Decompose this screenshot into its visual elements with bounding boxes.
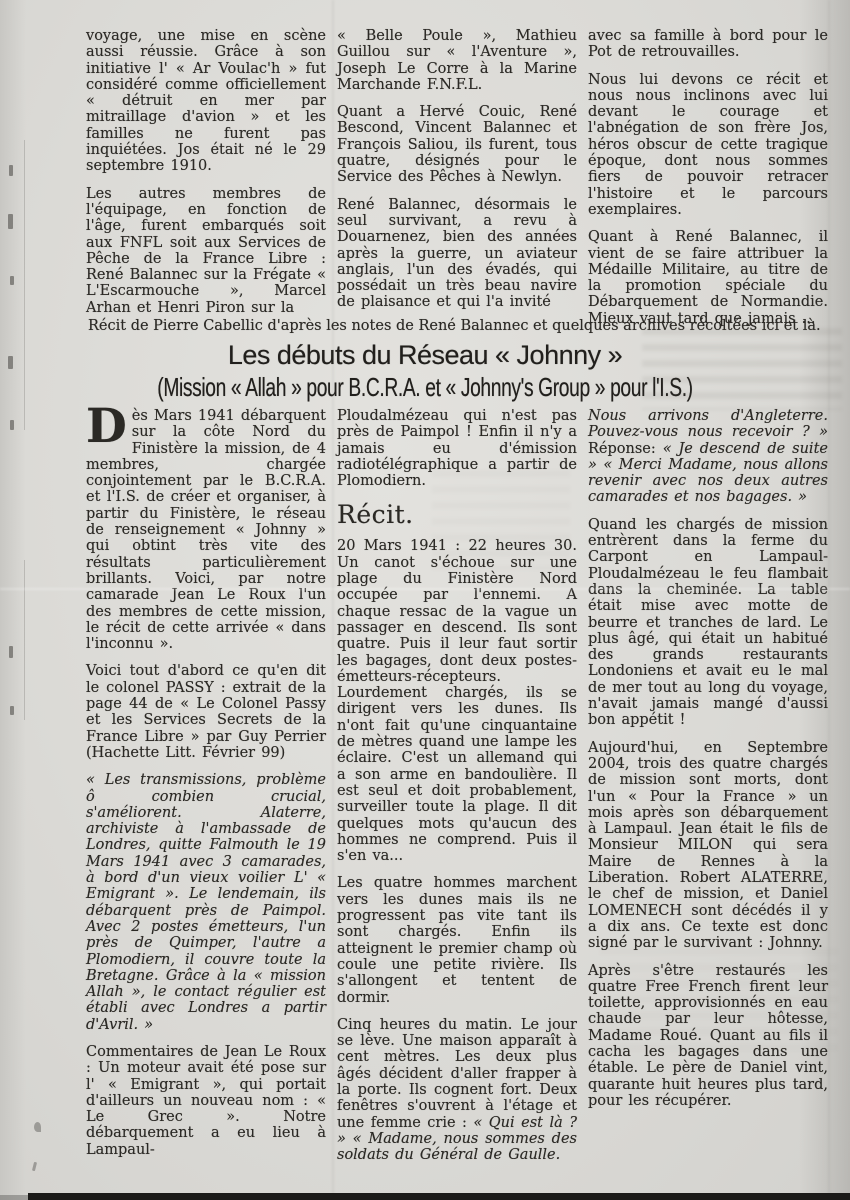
body-text: Les autres membres de l'équipage, en fon…	[86, 186, 326, 316]
paragraph: Nous arrivons d'Angleterre. Pouvez-vous …	[588, 408, 828, 506]
paragraph: « Les transmissions, problème ô combien …	[86, 772, 326, 1033]
article-column-3: Nous arrivons d'Angleterre. Pouvez-vous …	[588, 408, 828, 1174]
scan-edge-line	[24, 560, 25, 720]
main-article-columns: Dès Mars 1941 débarquent sur la côte Nor…	[86, 408, 828, 1174]
body-text: Quant à René Balannec, il vient de se fa…	[588, 229, 828, 326]
scanned-newsletter-page: voyage, une mise en scène aussi réussie.…	[0, 0, 850, 1200]
body-text: René Balannec, désormais le seul surviva…	[337, 197, 577, 311]
body-text: Voici tout d'abord ce qu'en dit le colon…	[86, 663, 326, 760]
scan-artifact	[8, 214, 13, 229]
article-title: Les débuts du Réseau « Johnny »	[54, 340, 796, 371]
paragraph: Les autres membres de l'équipage, en fon…	[86, 186, 326, 316]
body-text: Cinq heures du matin. Le jour se lève. U…	[337, 1017, 577, 1131]
paragraph: Quant a Hervé Couic, René Bescond, Vince…	[337, 104, 577, 185]
body-text: avec sa famille à bord pour le Pot de re…	[588, 28, 828, 60]
quoted-italic-text: « Les transmissions, problème ô combien …	[86, 772, 326, 1032]
dropcap-letter: D	[86, 408, 132, 444]
scan-artifact	[10, 420, 14, 430]
scan-artifact	[8, 356, 13, 369]
paragraph: voyage, une mise en scène aussi réussie.…	[86, 28, 326, 175]
body-text: Quant a Hervé Couic, René Bescond, Vince…	[337, 104, 577, 185]
scan-artifact	[9, 646, 13, 658]
paragraph: Voici tout d'abord ce qu'en dit le colon…	[86, 663, 326, 761]
paragraph: Dès Mars 1941 débarquent sur la côte Nor…	[86, 408, 326, 652]
body-text: voyage, une mise en scène aussi réussie.…	[86, 28, 326, 174]
scan-artifact	[32, 1162, 37, 1171]
paragraph: Quant à René Balannec, il vient de se fa…	[588, 229, 828, 327]
paragraph: Les quatre hommes marchent vers les dune…	[337, 875, 577, 1005]
article-headline: Les débuts du Réseau « Johnny » (Mission…	[54, 340, 796, 403]
body-text: Nous lui devons ce récit et nous nous in…	[588, 72, 828, 218]
body-text: Les quatre hommes marchent vers les dune…	[337, 875, 577, 1005]
paragraph: Commentaires de Jean Le Roux : Un moteur…	[86, 1044, 326, 1158]
paragraph: Ploudalmézeau qui n'est pas près de Paim…	[337, 408, 577, 489]
top-article-columns: voyage, une mise en scène aussi réussie.…	[86, 28, 828, 338]
scan-artifact	[10, 276, 14, 285]
body-text: Commentaires de Jean Le Roux : Un moteur…	[86, 1044, 326, 1158]
paragraph: Nous lui devons ce récit et nous nous in…	[588, 72, 828, 219]
paragraph: René Balannec, désormais le seul surviva…	[337, 197, 577, 311]
paper-crease	[332, 0, 334, 1200]
article-column-1: Dès Mars 1941 débarquent sur la côte Nor…	[86, 408, 326, 1174]
body-text: Après s'être restaurés les quatre Free F…	[588, 963, 828, 1109]
paper-crease	[828, 0, 830, 1200]
page-bottom-scan-bar	[28, 1193, 850, 1200]
body-text: Réponse:	[588, 441, 663, 457]
body-text: Ploudalmézeau qui n'est pas près de Paim…	[337, 408, 577, 489]
top-column-3: avec sa famille à bord pour le Pot de re…	[588, 28, 828, 338]
body-text: Aujourd'hui, en Septembre 2004, trois de…	[588, 740, 828, 952]
scan-artifact	[9, 165, 13, 176]
article-column-2: Ploudalmézeau qui n'est pas près de Paim…	[337, 408, 577, 1174]
body-text: « Belle Poule », Mathieu Guillou sur « l…	[337, 28, 577, 93]
quoted-italic-text: Nous arrivons d'Angleterre. Pouvez-vous …	[588, 408, 828, 440]
top-column-1: voyage, une mise en scène aussi réussie.…	[86, 28, 326, 338]
scan-artifact	[34, 1122, 41, 1132]
top-column-2: « Belle Poule », Mathieu Guillou sur « l…	[337, 28, 577, 338]
article-subtitle: (Mission « Allah » pour B.C.R.A. et « Jo…	[150, 372, 699, 403]
recit-section-heading: Récit.	[337, 500, 577, 529]
paper-crease	[0, 588, 850, 590]
scan-artifact	[10, 706, 14, 715]
byline: Récit de Pierre Cabellic d'après les not…	[88, 318, 830, 334]
paragraph: Quand les chargés de mission entrèrent d…	[588, 517, 828, 729]
scan-edge-line	[24, 140, 25, 430]
paragraph: « Belle Poule », Mathieu Guillou sur « l…	[337, 28, 577, 93]
paragraph: avec sa famille à bord pour le Pot de re…	[588, 28, 828, 61]
paragraph: Cinq heures du matin. Le jour se lève. U…	[337, 1017, 577, 1164]
paragraph: Après s'être restaurés les quatre Free F…	[588, 963, 828, 1110]
paragraph: Aujourd'hui, en Septembre 2004, trois de…	[588, 740, 828, 952]
body-text: Quand les chargés de mission entrèrent d…	[588, 517, 828, 729]
